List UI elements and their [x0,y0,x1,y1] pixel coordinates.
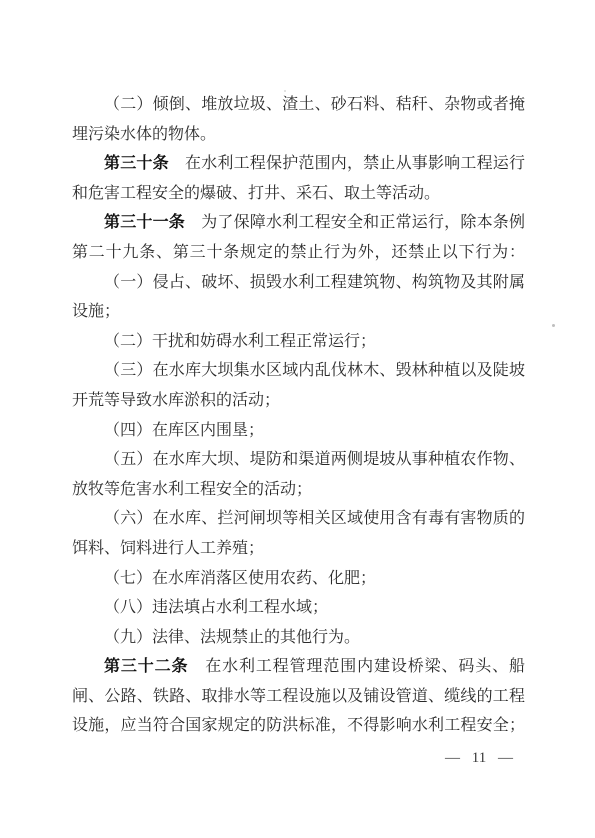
text-run: （四）在库区内围垦； [104,422,264,439]
text-line: 放牧等危害水利工程安全的活动； [72,475,525,505]
article-heading: 第三十二条 [104,658,188,675]
article-heading: 第三十条 [104,155,169,172]
page-number: — 11 — [445,748,513,768]
text-run: （五）在水库大坝、堤防和渠道两侧堤坡从事种植农作物、 [104,451,525,468]
text-line: （六）在水库、拦河闸坝等相关区域使用含有毒有害物质的 [72,504,525,534]
text-run: （三）在水库大坝集水区域内乱伐林木、毁林种植以及陡坡 [104,362,525,379]
text-line: 第二十九条、第三十条规定的禁止行为外，还禁止以下行为： [72,238,525,268]
text-line: （二）干扰和妨碍水利工程正常运行； [72,327,525,357]
text-run: 在水利工程管理范围内建设桥梁、码头、船 [188,658,525,675]
text-line: 第三十二条 在水利工程管理范围内建设桥梁、码头、船 [72,652,525,682]
document-page: （二）倾倒、堆放垃圾、渣土、砂石料、秸秆、杂物或者掩埋污染水体的物体。第三十条 … [0,0,595,838]
text-run: （二）倾倒、堆放垃圾、渣土、砂石料、秸秆、杂物或者掩 [104,96,525,113]
text-run: 第二十九条、第三十条规定的禁止行为外，还禁止以下行为： [72,244,525,261]
text-run: （九）法律、法规禁止的其他行为。 [104,629,360,646]
text-line: 和危害工程安全的爆破、打井、采石、取土等活动。 [72,179,525,209]
scan-speck [552,324,555,327]
text-line: （八）违法填占水利工程水域； [72,593,525,623]
text-line: （三）在水库大坝集水区域内乱伐林木、毁林种植以及陡坡 [72,356,525,386]
text-line: 设施； [72,297,525,327]
text-line: （九）法律、法规禁止的其他行为。 [72,623,525,653]
text-line: 第三十条 在水利工程保护范围内，禁止从事影响工程运行 [72,149,525,179]
text-line: （一）侵占、破坏、损毁水利工程建筑物、构筑物及其附属 [72,268,525,298]
text-line: 第三十一条 为了保障水利工程安全和正常运行，除本条例 [72,208,525,238]
text-line: 闸、公路、铁路、取排水等工程设施以及铺设管道、缆线的工程 [72,682,525,712]
text-line: （二）倾倒、堆放垃圾、渣土、砂石料、秸秆、杂物或者掩 [72,90,525,120]
text-line: 开荒等导致水库淤积的活动； [72,386,525,416]
text-run: （一）侵占、破坏、损毁水利工程建筑物、构筑物及其附属 [104,274,525,291]
text-line: 饵料、饲料进行人工养殖； [72,534,525,564]
text-line: 埋污染水体的物体。 [72,120,525,150]
text-body: （二）倾倒、堆放垃圾、渣土、砂石料、秸秆、杂物或者掩埋污染水体的物体。第三十条 … [72,90,525,741]
text-run: 和危害工程安全的爆破、打井、采石、取土等活动。 [72,185,440,202]
text-line: （四）在库区内围垦； [72,416,525,446]
text-line: 设施，应当符合国家规定的防洪标准，不得影响水利工程安全； [72,711,525,741]
scan-speck [284,90,286,92]
text-run: 开荒等导致水库淤积的活动； [72,392,280,409]
text-line: （五）在水库大坝、堤防和渠道两侧堤坡从事种植农作物、 [72,445,525,475]
text-run: 埋污染水体的物体。 [72,126,216,143]
text-run: （七）在水库消落区使用农药、化肥； [104,570,376,587]
text-run: 放牧等危害水利工程安全的活动； [72,481,312,498]
text-run: 设施； [72,303,120,320]
article-heading: 第三十一条 [104,214,185,231]
text-run: 在水利工程保护范围内，禁止从事影响工程运行 [169,155,525,172]
text-run: 为了保障水利工程安全和正常运行，除本条例 [185,214,525,231]
text-run: （二）干扰和妨碍水利工程正常运行； [104,333,376,350]
text-run: （八）违法填占水利工程水域； [104,599,328,616]
text-line: （七）在水库消落区使用农药、化肥； [72,564,525,594]
text-run: 闸、公路、铁路、取排水等工程设施以及铺设管道、缆线的工程 [72,688,525,705]
text-run: 饵料、饲料进行人工养殖； [72,540,264,557]
text-run: 设施，应当符合国家规定的防洪标准，不得影响水利工程安全； [72,717,525,734]
text-run: （六）在水库、拦河闸坝等相关区域使用含有毒有害物质的 [104,510,525,527]
